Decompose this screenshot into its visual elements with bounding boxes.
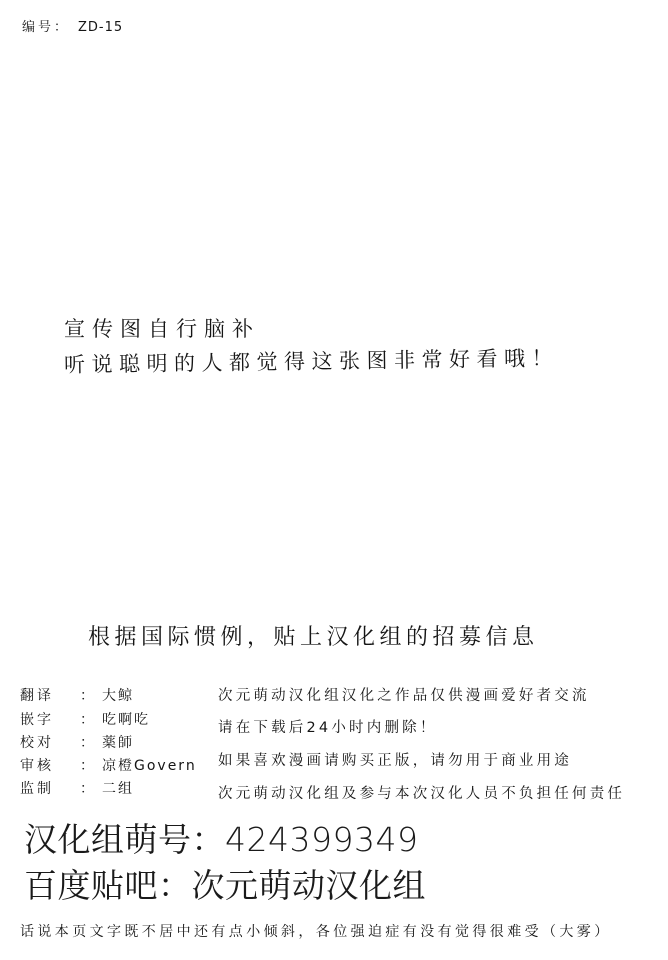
credit-row-proofreading: 校对：薬師 [20, 732, 134, 752]
credit-row-typesetting: 嵌字：吃啊吃 [20, 709, 150, 729]
credit-name: 大鲸 [102, 688, 134, 704]
credit-role: 翻译 [20, 685, 80, 705]
credit-row-translation: 翻译：大鲸 [20, 685, 134, 705]
credit-row-supervision: 监制：二组 [20, 778, 134, 798]
recruit-title: 根据国际惯例，贴上汉化组的招募信息 [88, 620, 539, 651]
footer-note: 话说本页文字既不居中还有点小倾斜，各位强迫症有没有觉得很难受（大雾） [20, 921, 612, 941]
credit-colon: ： [80, 755, 102, 775]
credit-name: 吃啊吃 [102, 712, 150, 728]
credit-role: 监制 [20, 778, 80, 798]
credit-colon: ： [80, 778, 102, 798]
serial-label: 编号： [22, 20, 70, 35]
contact-value: 次元萌动汉化组 [192, 866, 427, 905]
credit-row-review: 审核：凉橙Govern [20, 755, 197, 775]
contact-label: 汉化组萌号： [24, 820, 225, 859]
notice-line: 次元萌动汉化组汉化之作品仅供漫画爱好者交流 [218, 684, 590, 705]
credit-colon: ： [80, 732, 102, 752]
credit-name: 二组 [102, 781, 134, 797]
notice-line: 如果喜欢漫画请购买正版，请勿用于商业用途 [218, 749, 572, 770]
notice-line: 请在下载后24小时内删除！ [218, 716, 438, 737]
promo-line-2: 听说聪明的人都觉得这张图非常好看哦！ [64, 342, 559, 379]
serial-value: ZD-15 [78, 20, 123, 35]
serial-number: 编号：ZD-15 [22, 16, 123, 35]
contact-qq-group: 汉化组萌号：424399349 [24, 814, 418, 861]
contact-tieba: 百度贴吧：次元萌动汉化组 [24, 860, 426, 907]
credit-name: 薬師 [102, 735, 134, 751]
promo-line-1: 宣传图自行脑补 [64, 313, 260, 343]
contact-value: 424399349 [225, 820, 418, 859]
credit-role: 校对 [20, 732, 80, 752]
credit-role: 审核 [20, 755, 80, 775]
credit-name: 凉橙Govern [102, 758, 197, 774]
credit-colon: ： [80, 709, 102, 729]
credit-colon: ： [80, 685, 102, 705]
notice-line: 次元萌动汉化组及参与本次汉化人员不负担任何责任 [218, 782, 625, 803]
credit-role: 嵌字 [20, 709, 80, 729]
contact-label: 百度贴吧： [24, 866, 192, 905]
